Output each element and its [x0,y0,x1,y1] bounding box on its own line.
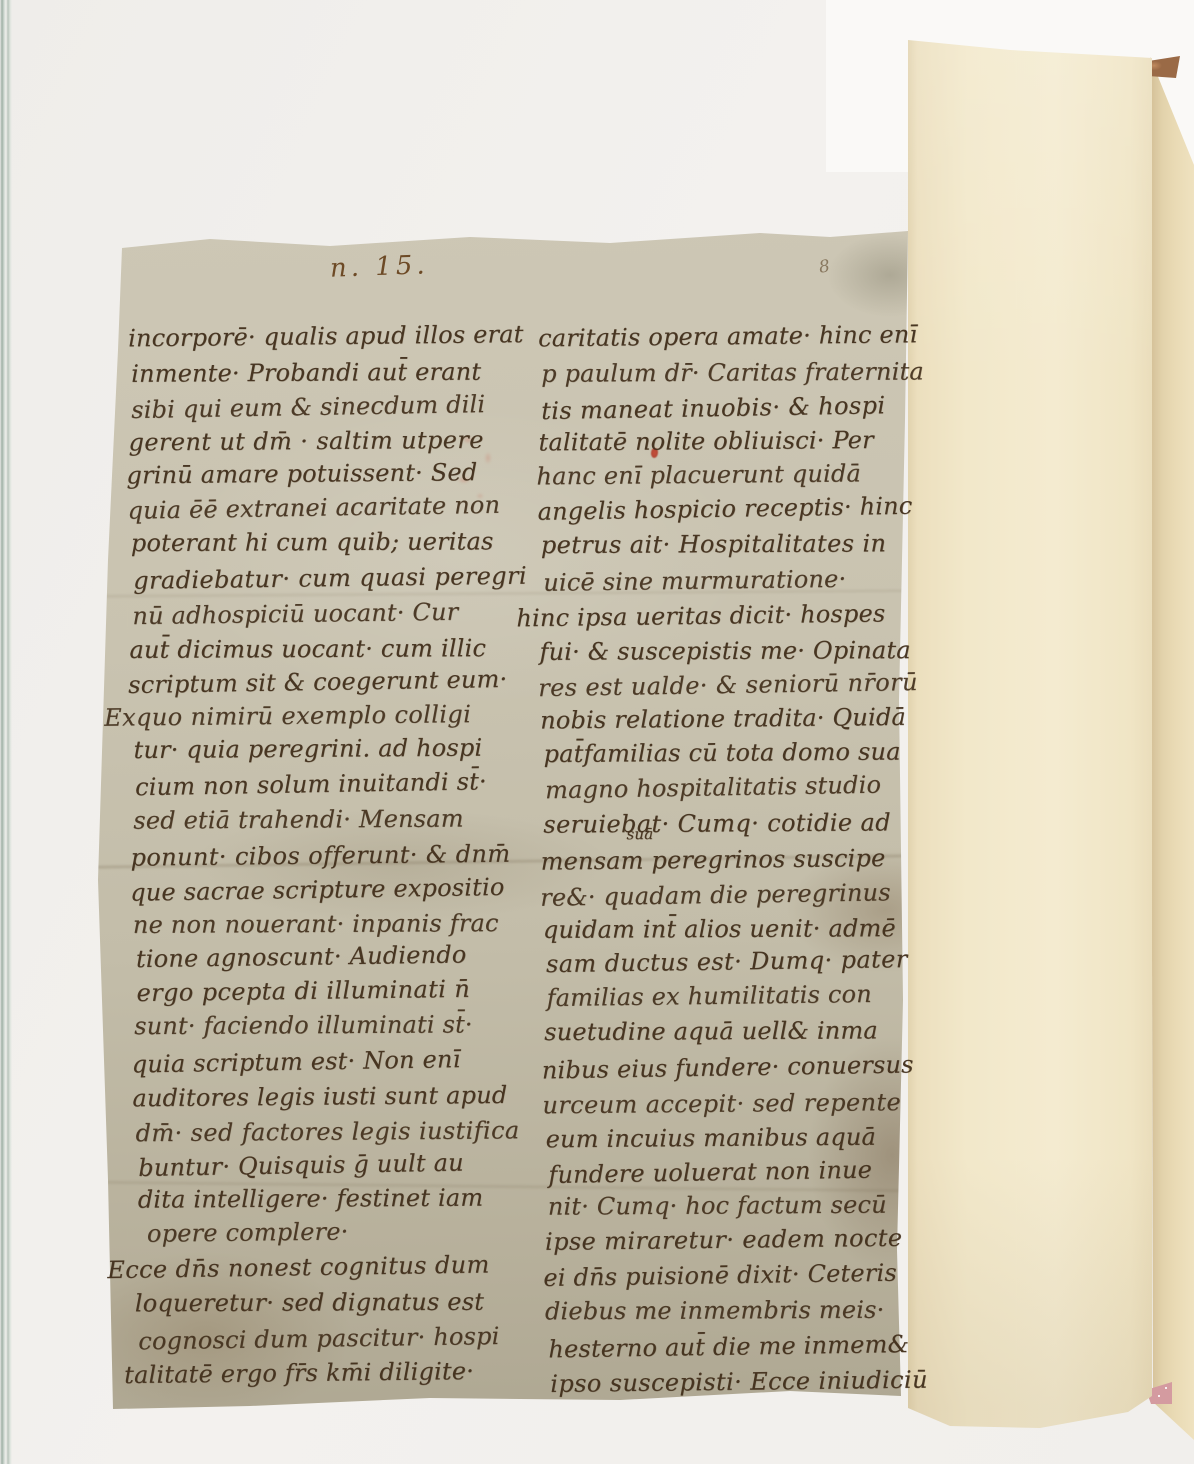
manuscript-line: gerent ut dm̄ · saltim utpere [128,422,488,459]
manuscript-line: incorporē· qualis apud illos erat [128,317,488,355]
manuscript-line: gradiebatur· cum quasi peregri [133,559,493,598]
manuscript-line: nū adhospiciū uocant· Cur [132,594,492,633]
text-column-left: incorporē· qualis apud illos eratinmente… [128,318,497,1391]
corner-page-number: 8 [818,256,832,277]
manuscript-line: suetudine aquā uell& inma [544,1013,914,1050]
manuscript-line: petrus ait· Hospitalitates in [541,526,911,563]
next-page [905,35,1155,1435]
manuscript-line: sibi qui eum & sinecdum dili [131,387,492,428]
manuscript-line: dm̄· sed factores legis iustifica [135,1113,495,1150]
manuscript-line: cium non solum inuitandi st̄· [135,764,496,805]
manuscript-line: cognosci dum pascitur· hospi [138,1319,498,1359]
manuscript-line: tur· quia peregrini. ad hospi [133,731,493,768]
manuscript-line: seruiebat· Cumq· cotidie ad [543,805,913,842]
manuscript-line: mensam peregrinos suscipe [540,841,910,880]
manuscript-line: nit· Cumq· hoc factum secū [548,1187,918,1224]
manuscript-line: buntur· Quisquis ḡ uult au [138,1145,499,1186]
manuscript-line: sed etiā trahendi· Mensam [133,801,493,838]
text-column-right: suā caritatis opera amate· hinc enīp pau… [538,318,917,1400]
manuscript-line: tione agnoscunt· Audiendo [136,937,496,977]
manuscript-line: que sacrae scripture expositio [130,870,490,910]
manuscript-line: auditores legis iusti sunt apud [132,1078,492,1116]
manuscript-line: talitatē ergo fr̄s km̄i diligite· [124,1354,484,1393]
manuscript-line: inmente· Probandi aut̄ erant [131,354,491,391]
manuscript-line: quia scriptum est· Non enī [132,1041,493,1081]
manuscript-line: loqueretur· sed dignatus est [135,1285,495,1321]
manuscript-line: eum incuius manibus aquā [546,1120,916,1158]
manuscript-line: magno hospitalitatis studio [545,767,916,808]
manuscript-line: pat̄familias cū tota domo sua [543,734,913,771]
manuscript-line: caritatis opera amate· hinc enī [538,317,908,356]
manuscript-line: nobis relatione tradita· Quidā [540,700,910,738]
manuscript-line: ergo pcepta di illuminati n̄ [136,971,496,1010]
manuscript-line: familias ex humilitatis con [546,977,916,1016]
manuscript-line: hanc enī placuerunt quidā [536,456,906,494]
manuscript-line: talitatē nolite obliuisci· Per [538,423,908,461]
glass-edge-line [0,0,14,1464]
manuscript-line: ponunt· cibos offerunt· & dnm̄ [130,836,490,874]
manuscript-line: fui· & suscepistis me· Opinata [539,633,909,670]
manuscript-line: hinc ipsa ueritas dicit· hospes [516,597,886,637]
manuscript-line: sunt· faciendo illuminati st̄· [134,1007,494,1043]
manuscript-line: p paulum dr̄· Caritas fraternita [541,354,911,391]
manuscript-line: ipse miraretur· eadem nocte [545,1220,915,1259]
manuscript-line: urceum accepit· sed repente [542,1085,912,1123]
folio-label: n. 15. [330,250,430,283]
manuscript-line: nibus eius fundere· conuersus [542,1047,913,1088]
manuscript-line: ne non nouerant· inpanis frac [133,906,493,942]
manuscript-line: re&· quadam die peregrinus [540,875,910,916]
manuscript-line: opere complere· [147,1213,507,1252]
manuscript-line: poterant hi cum quib; ueritas [131,524,491,560]
manuscript-line: grinū amare potuissent· Sed [126,455,486,493]
manuscript-line: aut̄ dicimus uocant· cum illic [129,631,489,667]
manuscript-line: Ecce dn̄s nonest cognitus dum [107,1247,467,1287]
manuscript-line: hesterno aut̄ die me inmem& [548,1327,918,1367]
manuscript-line: ei dn̄s puisionē dixit· Ceteris [543,1255,913,1295]
manuscript-line: diebus me inmembris meis· [545,1293,915,1330]
manuscript-line: uicē sine murmuratione· [543,561,913,601]
manuscript-line: quia ēē extranei acaritate non [127,487,488,527]
manuscript-line: dita intelligere· festinet iam [138,1180,498,1217]
manuscript-line: quidam int̄ alios uenit· admē [543,911,913,948]
manuscript-line: ipso suscepisti· Ecce iniudiciū [550,1363,920,1402]
manuscript-line: Exquo nimirū exemplo colligi [104,697,464,735]
next-page-fold [1145,50,1194,1445]
manuscript-line: angelis hospicio receptis· hinc [537,489,908,530]
